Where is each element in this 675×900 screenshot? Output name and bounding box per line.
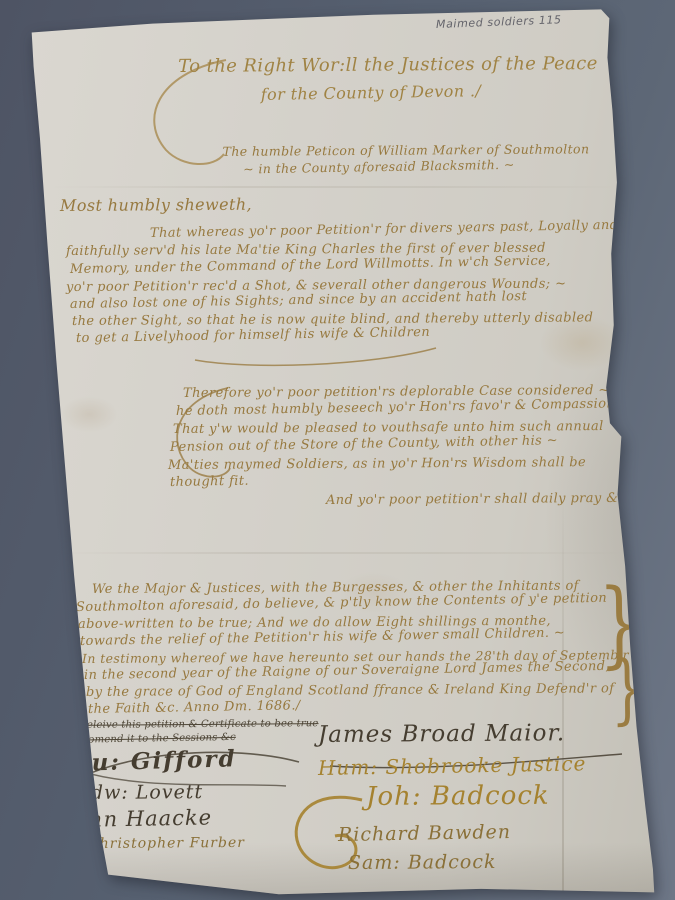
- signature-sam-badcock: Sam: Badcock: [348, 851, 497, 874]
- archive-annotation: Maimed soldiers 115: [436, 13, 562, 31]
- body-line: Ma'ties maymed Soldiers, as in yo'r Hon'…: [168, 455, 586, 473]
- signature-joh-badcock: Joh: Badcock: [366, 781, 550, 812]
- salutation: Most humbly sheweth,: [60, 195, 252, 215]
- signature-hu-gifford: Hu: Gifford: [68, 745, 237, 777]
- paragraph1-underline-swash: [191, 344, 441, 370]
- fold-crease-horizontal-upper: [51, 186, 620, 188]
- attestation-line: by the grace of God of England Scotland …: [86, 681, 615, 700]
- petition-title-line-1: The humble Peticon of William Marker of …: [204, 141, 608, 159]
- signature-james-broad: James Broad Maior.: [318, 720, 565, 748]
- prayer-line: And yo'r poor petition'r shall daily pra…: [326, 491, 630, 508]
- signature-hum-shobrooke: Hum: Shobrooke Justice: [318, 751, 587, 780]
- body-line: That whereas yo'r poor Petition'r for di…: [150, 218, 619, 241]
- signature-richard-bawden: Richard Bawden: [338, 821, 511, 846]
- heading-line-1: To the Right Wor:ll the Justices of the …: [176, 53, 600, 77]
- fold-crease-horizontal-lower: [58, 552, 627, 554]
- signature-edw-lovett: Edw: Lovett: [76, 781, 203, 804]
- curly-brace-mark-lower: }: [610, 643, 645, 733]
- signature-christopher-furber: Christopher Furber: [88, 835, 245, 852]
- attestation-line: the Faith &c. Anno Dm. 1686./: [88, 698, 301, 717]
- photo-backdrop: Maimed soldiers 115 To the Right Wor:ll …: [0, 0, 675, 900]
- struck-note-line-1: wee beleive this petition & Certificate …: [56, 718, 319, 731]
- signature-john-haacke: John Haacke: [66, 805, 212, 832]
- manuscript-paper: Maimed soldiers 115 To the Right Wor:ll …: [26, 4, 658, 896]
- body-line: thought fit.: [170, 474, 249, 490]
- paper-shadow-wrap: Maimed soldiers 115 To the Right Wor:ll …: [0, 0, 675, 900]
- heading-line-2: for the County of Devon ./: [206, 80, 536, 105]
- petition-title-line-2: ~ in the County aforesaid Blacksmith. ~: [214, 156, 544, 177]
